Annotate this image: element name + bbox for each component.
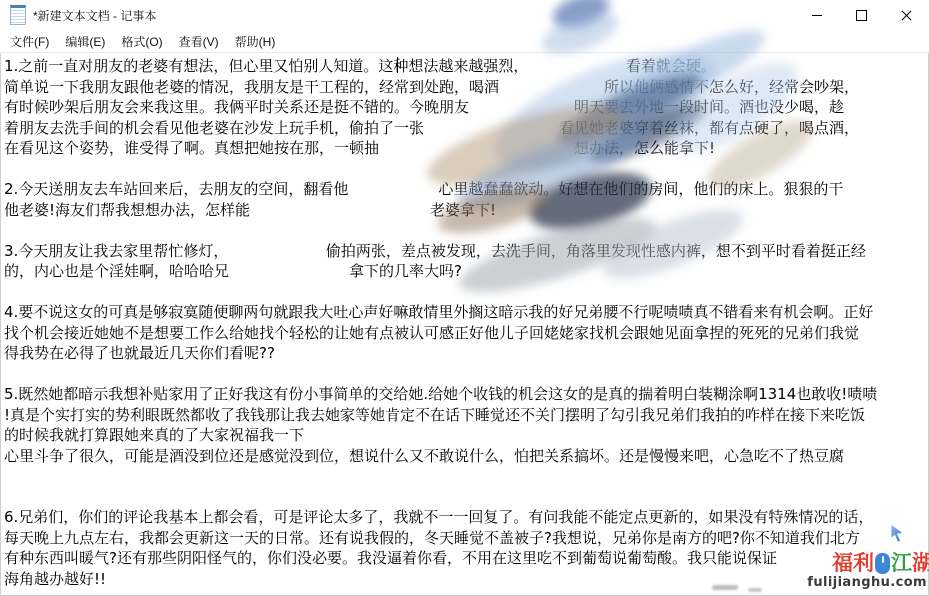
close-button[interactable]	[884, 0, 929, 30]
watermark-brand-right-2: 湖	[912, 551, 929, 575]
watermark-brand-right-1: 江	[891, 551, 912, 575]
title-bar: *新建文本文档 - 记事本	[0, 0, 929, 30]
mouse-icon	[875, 553, 890, 574]
text-caret	[397, 57, 398, 73]
window-controls	[794, 0, 929, 30]
menu-format[interactable]: 格式(O)	[113, 30, 170, 53]
window-title: *新建文本文档 - 记事本	[33, 7, 156, 24]
menu-help[interactable]: 帮助(H)	[227, 30, 284, 53]
menu-bar: 文件(F) 编辑(E) 格式(O) 查看(V) 帮助(H)	[0, 30, 929, 53]
maximize-button[interactable]	[839, 0, 884, 30]
notepad-icon	[10, 5, 26, 25]
watermark: 福利 江 湖 fulijianghu.com	[807, 551, 929, 590]
minimize-icon	[812, 15, 822, 16]
text-editor-area[interactable]: 1.之前一直对朋友的老婆有想法，但心里又怕别人知道。这种想法越来越强烈， 看着就…	[4, 53, 929, 596]
maximize-icon	[856, 10, 867, 21]
watermark-domain: fulijianghu.com	[807, 575, 929, 590]
cursor-icon	[889, 524, 905, 544]
menu-file[interactable]: 文件(F)	[2, 30, 57, 53]
minimize-button[interactable]	[794, 0, 839, 30]
notepad-window: { "window": { "title": "*新建文本文档 - 记事本", …	[0, 0, 929, 596]
menu-view[interactable]: 查看(V)	[171, 30, 227, 53]
menu-edit[interactable]: 编辑(E)	[57, 30, 113, 53]
watermark-brand-left: 福利	[832, 551, 874, 575]
close-icon	[901, 10, 912, 21]
watermark-brand: 福利 江 湖	[807, 551, 929, 575]
